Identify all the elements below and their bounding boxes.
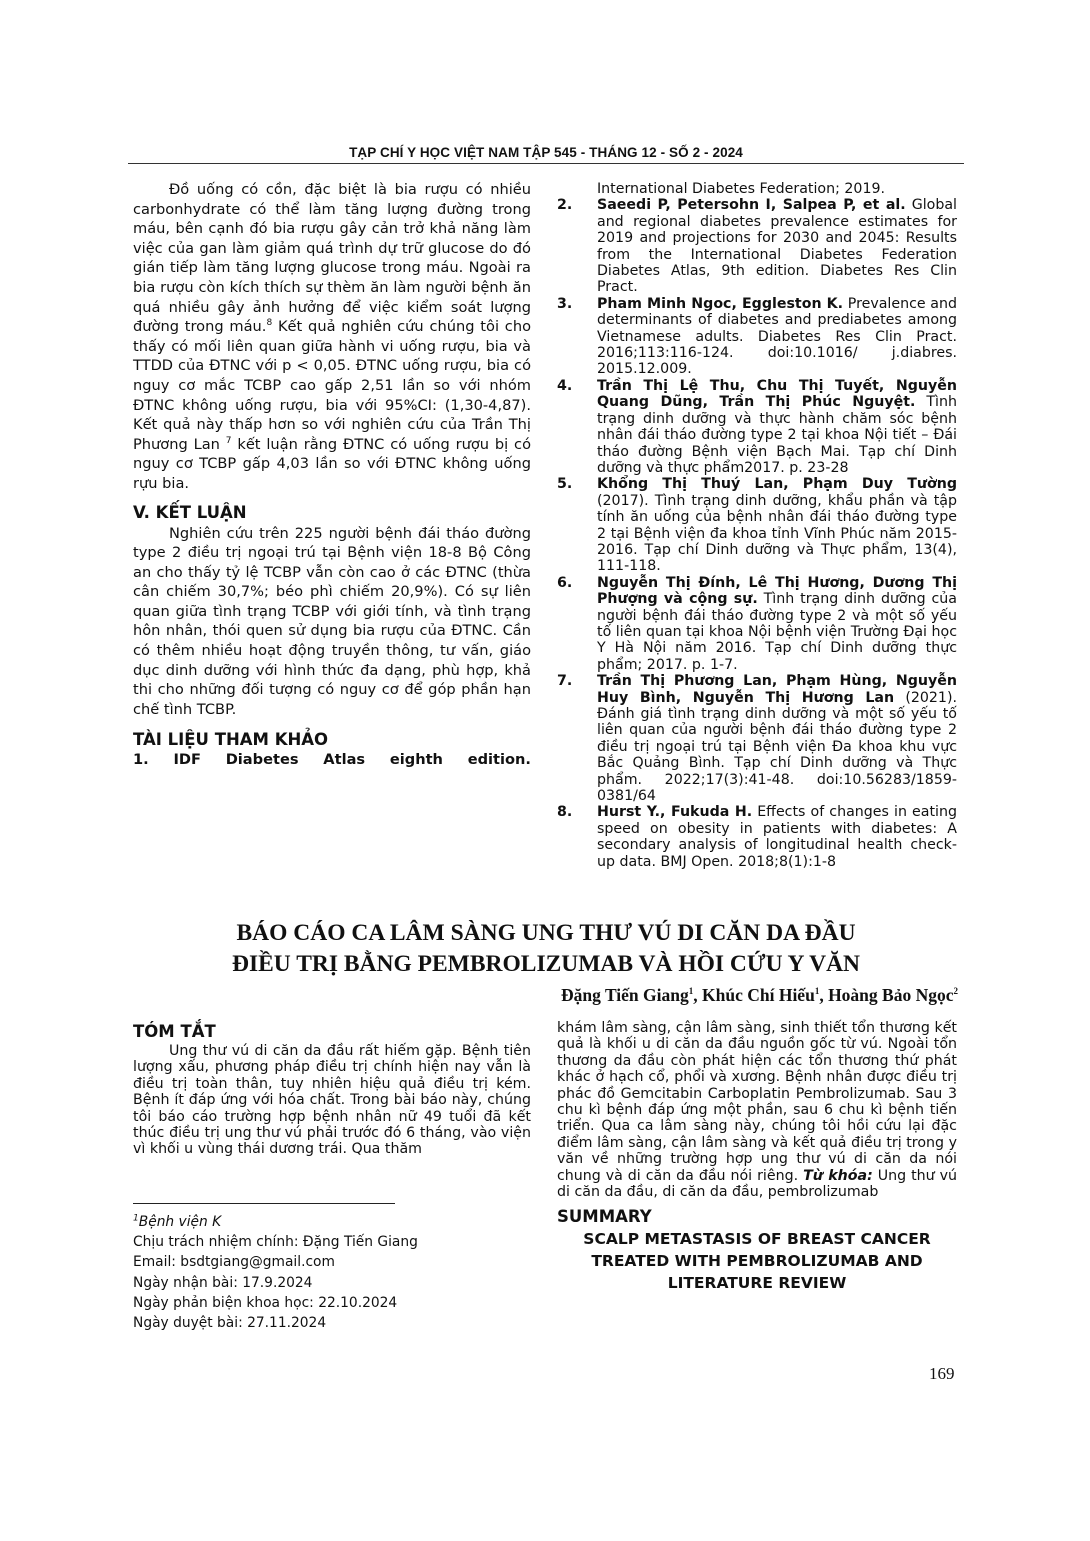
article-title-line: BÁO CÁO CA LÂM SÀNG UNG THƯ VÚ DI CĂN DA… [128,918,964,949]
ref-text: (2021). Đánh giá tình trạng dinh dưỡng v… [597,690,957,804]
footnote-review-date: Ngày phản biện khoa học: 22.10.2024 [133,1293,418,1313]
summary-title: SCALP METASTASIS OF BREAST CANCER TREATE… [557,1228,957,1294]
article-title-line: ĐIỀU TRỊ BẰNG PEMBROLIZUMAB VÀ HỒI CỨU Y… [128,949,964,980]
footnote: 1Bệnh viện K Chịu trách nhiệm chính: Đặn… [133,1212,418,1333]
ref-word: edition. [468,751,531,769]
ref-number: 5. [557,476,572,492]
article-authors: Đặng Tiến Giang1, Khúc Chí Hiếu1, Hoàng … [561,985,958,1006]
reference-item: 7.Trần Thị Phương Lan, Phạm Hùng, Nguyễn… [557,673,957,804]
author-separator: , [819,985,828,1005]
reference-item: 4.Trần Thị Lệ Thu, Chu Thị Tuyết, Nguyễn… [557,378,957,476]
abstract-heading: TÓM TẮT [133,1021,531,1043]
left-column: Đồ uống có cồn, đặc biệt là bia rượu có … [133,180,531,769]
abstract-text: khám lâm sàng, cận lâm sàng, sinh thiết … [557,1020,957,1184]
ref-number: 8. [557,804,572,820]
abstract-text-continued: khám lâm sàng, cận lâm sàng, sinh thiết … [557,1020,957,1200]
ref-number: 6. [557,575,572,591]
ref-word: IDF [173,751,201,769]
references-heading: TÀI LIỆU THAM KHẢO [133,729,531,751]
summary-title-line: TREATED WITH PEMBROLIZUMAB AND [557,1250,957,1272]
abstract-text: Ung thư vú di căn da đầu rất hiếm gặp. B… [133,1043,531,1158]
ref-authors: Pham Minh Ngoc, Eggleston K. [597,296,843,312]
references-list: International Diabetes Federation; 2019.… [557,181,957,870]
footnote-received-date: Ngày nhận bài: 17.9.2024 [133,1273,418,1293]
footnote-affiliation: 1Bệnh viện K [133,1212,418,1232]
author-affiliation: 2 [954,986,959,996]
abstract-left: TÓM TẮT Ung thư vú di căn da đầu rất hiế… [133,1021,531,1158]
reference-item: International Diabetes Federation; 2019. [557,181,957,197]
ref-number: 3. [557,296,572,312]
summary-title-line: LITERATURE REVIEW [557,1272,957,1294]
footnote-responsible: Chịu trách nhiệm chính: Đặng Tiến Giang [133,1232,418,1252]
ref-authors: Khổng Thị Thuý Lan, Phạm Duy Tường [597,476,957,492]
ref-number: 7. [557,673,572,689]
ref-number: 2. [557,197,572,213]
ref-word: 1. [133,751,149,769]
footnote-rule [133,1203,395,1204]
ref-authors: Saeedi P, Petersohn I, Salpea P, et al. [597,197,906,213]
author-name: Khúc Chí Hiếu [702,985,815,1005]
conclusion-heading: V. KẾT LUẬN [133,502,531,524]
discussion-text: Kết quả nghiên cứu chúng tôi cho thấy có… [133,318,531,453]
reference-1-line: 1. IDF Diabetes Atlas eighth edition. [133,751,531,769]
affiliation-name: Bệnh viện K [139,1214,222,1230]
conclusion-paragraph: Nghiên cứu trên 225 người bệnh đái tháo … [133,524,531,720]
reference-item: 2.Saeedi P, Petersohn I, Salpea P, et al… [557,197,957,295]
ref-text: (2017). Tình trạng dinh dưỡng, khẩu phần… [597,493,957,575]
ref-word: eighth [390,751,443,769]
reference-item: 3.Pham Minh Ngoc, Eggleston K. Prevalenc… [557,296,957,378]
ref-authors: Hurst Y., Fukuda H. [597,804,752,820]
author-name: Đặng Tiến Giang [561,985,689,1005]
keywords-label: Từ khóa: [803,1168,873,1184]
footnote-accepted-date: Ngày duyệt bài: 27.11.2024 [133,1313,418,1333]
summary-heading: SUMMARY [557,1206,957,1228]
discussion-text: Đồ uống có cồn, đặc biệt là bia rượu có … [133,181,531,335]
author-separator: , [693,985,702,1005]
ref-word: Diabetes [226,751,299,769]
reference-item: 8.Hurst Y., Fukuda H. Effects of changes… [557,804,957,870]
page-number: 169 [929,1364,955,1384]
author-name: Hoàng Bảo Ngọc [828,985,953,1005]
footnote-email: Email: bsdtgiang@gmail.com [133,1252,418,1272]
reference-item: 5.Khổng Thị Thuý Lan, Phạm Duy Tường (20… [557,476,957,574]
summary-title-line: SCALP METASTASIS OF BREAST CANCER [557,1228,957,1250]
article-title: BÁO CÁO CA LÂM SÀNG UNG THƯ VÚ DI CĂN DA… [128,918,964,980]
reference-item: 6.Nguyễn Thị Đính, Lê Thị Hương, Dương T… [557,575,957,673]
ref-number: 4. [557,378,572,394]
discussion-paragraph: Đồ uống có cồn, đặc biệt là bia rượu có … [133,180,531,494]
abstract-right: khám lâm sàng, cận lâm sàng, sinh thiết … [557,1020,957,1294]
journal-header: TẠP CHÍ Y HỌC VIỆT NAM TẬP 545 - THÁNG 1… [128,145,964,160]
ref-word: Atlas [323,751,365,769]
ref-authors: Trần Thị Lệ Thu, Chu Thị Tuyết, Nguyễn Q… [597,378,957,410]
ref-text: International Diabetes Federation; 2019. [597,181,885,197]
header-rule [128,163,964,164]
